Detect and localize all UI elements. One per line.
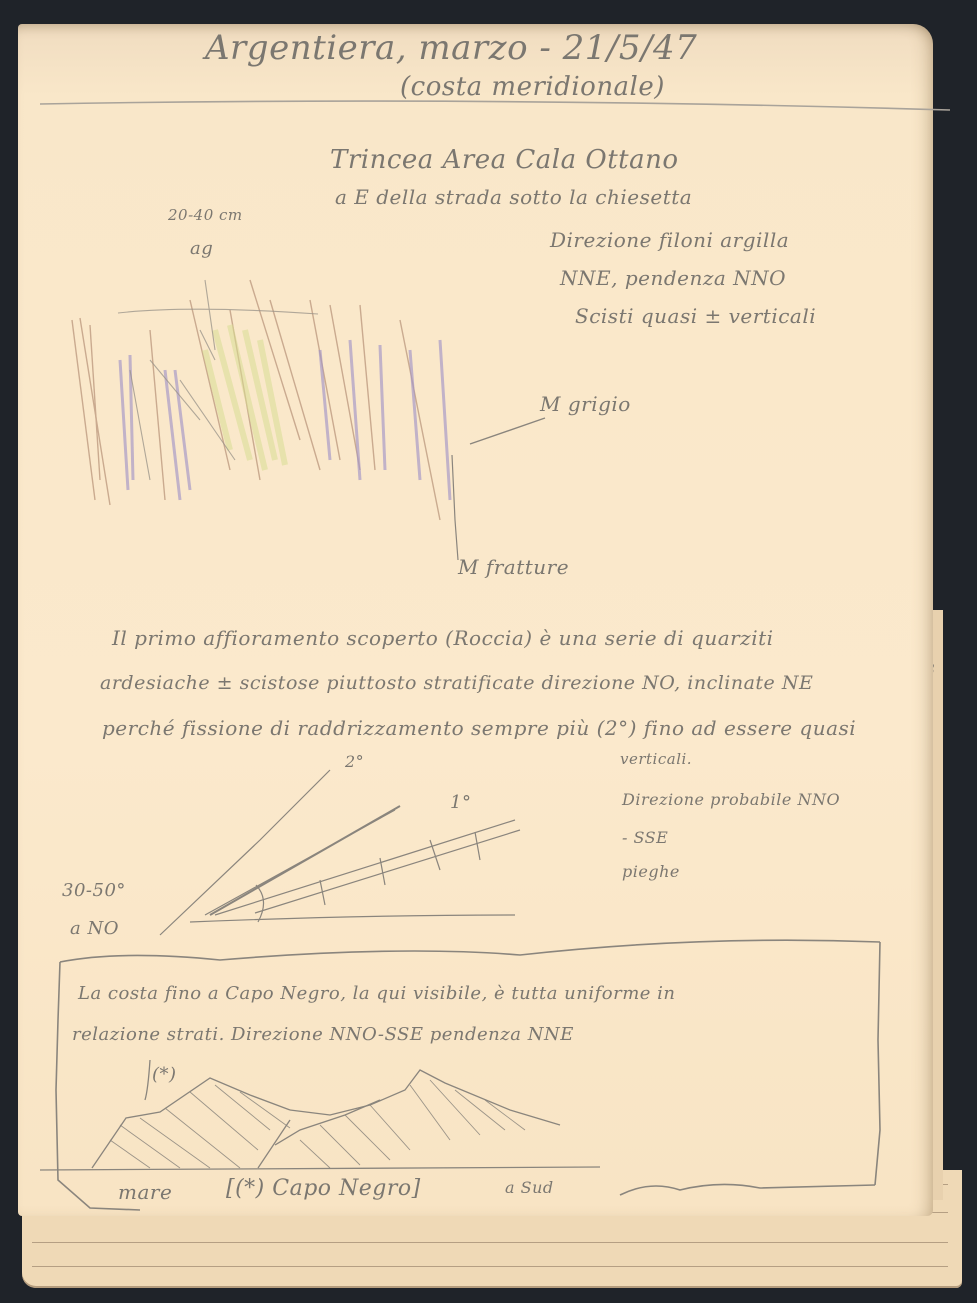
boxed-note-line: relazione strati. Direzione NNO-SSE pend… xyxy=(72,1024,574,1045)
sketch2-note-line: pieghe xyxy=(622,862,680,881)
coastline-mountains-sketch xyxy=(40,1060,600,1170)
sketch2-label-2nd: 2° xyxy=(345,752,364,771)
sketch1-label-ag: ag xyxy=(190,238,213,259)
boxed-note-line: La costa fino a Capo Negro, la qui visib… xyxy=(78,983,675,1004)
sketch2-note-line: Direzione probabile NNO xyxy=(622,790,840,809)
header-title: Argentiera, marzo - 21/5/47 xyxy=(205,28,697,68)
top-note-line: NNE, pendenza NNO xyxy=(560,266,786,290)
boxed-note-marker: (*) xyxy=(152,1064,177,1085)
paragraph-line: Il primo affioramento scoperto (Roccia) … xyxy=(112,626,774,650)
caption-south: a Sud xyxy=(505,1178,554,1197)
geology-color-sketch xyxy=(72,280,450,520)
top-note-line: a E della strada sotto la chiesetta xyxy=(335,185,692,209)
top-note-line: Trincea Area Cala Ottano xyxy=(330,145,679,175)
sketch2-angle-direction: a NO xyxy=(70,918,119,939)
top-note-line: Direzione filoni argilla xyxy=(550,228,789,252)
sketch1-label-right: M grigio xyxy=(540,392,631,416)
sketch2-angle: 30-50° xyxy=(62,880,126,901)
paragraph-line: perché fissione di raddrizzamento sempre… xyxy=(102,716,856,740)
top-note-line: Scisti quasi ± verticali xyxy=(575,304,816,328)
caption-capo-negro: [(*) Capo Negro] xyxy=(226,1176,421,1201)
paragraph-line: verticali. xyxy=(620,750,692,768)
caption-sea: mare xyxy=(118,1180,172,1204)
paragraph-line: ardesiache ± scistose piuttosto stratifi… xyxy=(100,672,813,694)
sketch1-label-thickness: 20-40 cm xyxy=(168,206,243,224)
sketch2-label-1st: 1° xyxy=(450,792,471,813)
sketch1-label-bottom: M fratture xyxy=(458,555,569,579)
header-subtitle: (costa meridionale) xyxy=(400,72,665,102)
sketch2-note-line: - SSE xyxy=(622,828,668,847)
